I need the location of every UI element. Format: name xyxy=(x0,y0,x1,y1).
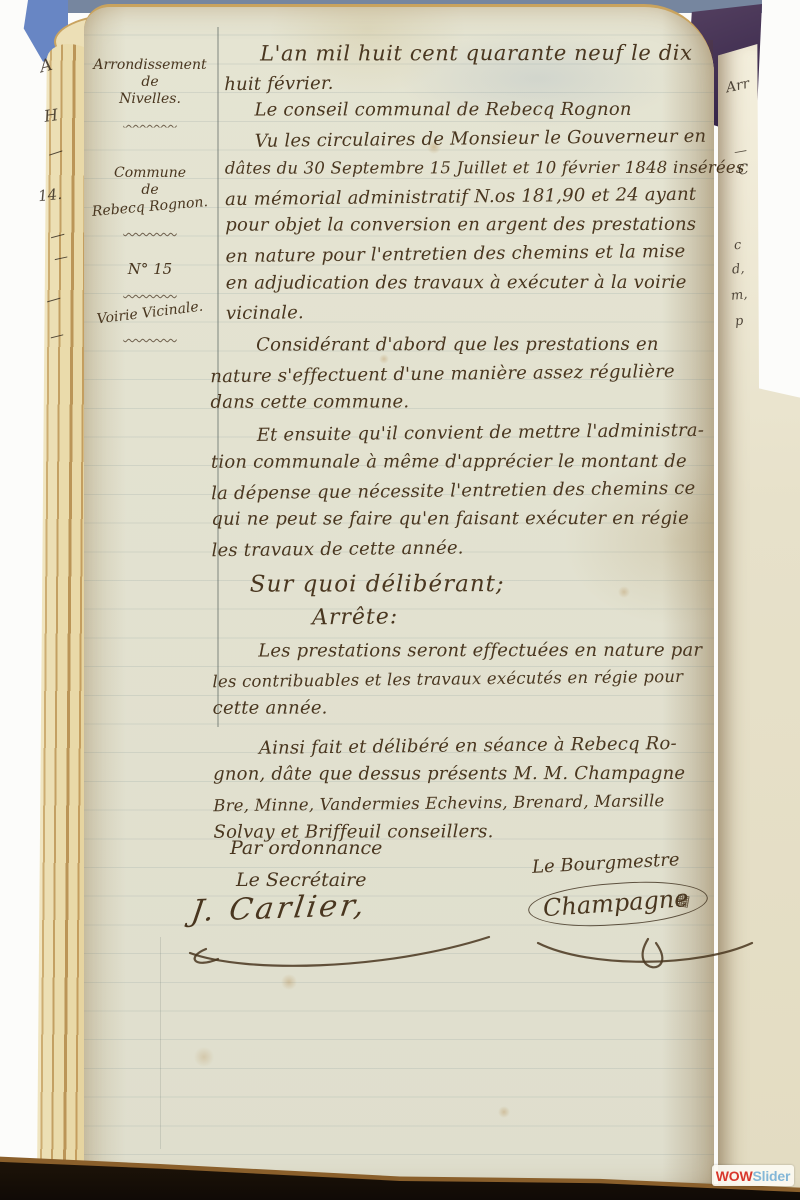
handwritten-line: nature s'effectuent d'une manière assez … xyxy=(210,357,732,392)
signature-flourish-carlier xyxy=(184,923,504,969)
watermark-wow-text: WOW xyxy=(716,1168,753,1184)
squiggle-underline xyxy=(123,219,176,236)
margin-note-line: Nivelles. xyxy=(90,91,210,108)
handwritten-line: pour objet la conversion en argent des p… xyxy=(225,211,731,241)
margin-note-block: ArrondissementdeNivelles. xyxy=(90,57,210,128)
handwritten-line: L'an mil huit cent quarante neuf le dix xyxy=(260,39,730,69)
handwritten-line: Vu les circulaires de Monsieur le Gouver… xyxy=(255,123,731,157)
squiggle-underline xyxy=(123,111,176,128)
wowslider-watermark[interactable]: WOWSlider xyxy=(712,1165,794,1186)
secretary-title: Le Secrétaire xyxy=(236,869,367,891)
ink-fragment-left-edge: H xyxy=(43,105,59,126)
signature-flourish-champagne xyxy=(530,935,770,979)
handwritten-line: dâtes du 30 Septembre 15 Juillet et 10 f… xyxy=(225,154,731,184)
handwritten-line: Ainsi fait et délibéré en séance à Rebec… xyxy=(259,729,735,763)
handwritten-line: les contribuables et les travaux exécuté… xyxy=(212,663,734,698)
margin-note-line: Arrondissement xyxy=(90,57,210,74)
margin-note-block: Voirie Vicinale. xyxy=(90,305,210,342)
deliberation-text: L'an mil huit cent quarante neuf le dixh… xyxy=(224,37,736,848)
handwritten-line: huit février. xyxy=(224,65,730,99)
handwritten-line: cette année. xyxy=(213,694,735,724)
ink-fragment-facing-page: — xyxy=(733,143,748,160)
margin-note-line: de xyxy=(90,74,210,91)
ink-fragment-facing-page: p xyxy=(734,314,744,330)
squiggle-underline xyxy=(123,281,176,298)
handwritten-line: Et ensuite qu'il convient de mettre l'ad… xyxy=(257,417,733,451)
handwritten-line: au mémorial administratif N.os 181,90 et… xyxy=(225,180,731,214)
handwritten-line: la dépense que nécessite l'entretien des… xyxy=(211,474,733,509)
handwritten-line: Le conseil communal de Rebecq Rognon xyxy=(254,96,730,126)
ink-fragment-facing-page: C xyxy=(737,161,750,178)
squiggle-underline xyxy=(123,325,176,342)
ink-fragment-left-edge: — xyxy=(52,249,69,268)
margin-note-line: N° 15 xyxy=(90,261,210,278)
watermark-slider-text: Slider xyxy=(753,1168,791,1184)
handwritten-line: dans cette commune. xyxy=(211,388,733,418)
ink-fragment-facing-page: m, xyxy=(730,287,748,304)
ink-fragment-facing-page: d, xyxy=(731,261,745,277)
handwritten-line: Sur quoi délibérant; xyxy=(250,567,734,600)
margin-note-block: CommunedeRebecq Rognon. xyxy=(90,165,210,236)
ink-fragment-left-edge: 14. xyxy=(37,185,63,205)
by-order-line: Par ordonnance xyxy=(230,837,382,859)
handwritten-line: Bre, Minne, Vandermies Echevins, Brenard… xyxy=(213,786,735,821)
register-page: ArrondissementdeNivelles. CommunedeRebec… xyxy=(84,4,714,1193)
handwritten-line: gnon, dâte que dessus présents M. M. Cha… xyxy=(213,760,735,790)
photo-of-register-book: ArrondissementdeNivelles. CommunedeRebec… xyxy=(0,0,800,1200)
handwritten-line: Arrête: xyxy=(312,597,734,633)
margin-note-block: N° 15 xyxy=(90,261,210,298)
handwritten-line: qui ne peut se faire qu'en faisant exécu… xyxy=(211,505,733,535)
margin-note-line: Commune xyxy=(90,165,210,182)
handwritten-line: vicinale. xyxy=(226,295,732,329)
handwritten-line: Les prestations seront effectuées en nat… xyxy=(258,636,734,666)
handwritten-line: Considérant d'abord que les prestations … xyxy=(256,331,732,361)
handwritten-line: tion communale à même d'apprécier le mon… xyxy=(211,448,733,478)
mayor-title: Le Bourgmestre xyxy=(532,849,680,878)
margin-rule-line-faint xyxy=(160,937,161,1149)
ink-fragment-facing-page: c xyxy=(733,238,742,254)
handwritten-line: en adjudication des travaux à exécuter à… xyxy=(226,268,732,298)
handwritten-line: en nature pour l'entretien des chemins e… xyxy=(225,237,731,271)
handwritten-line: les travaux de cette année. xyxy=(211,531,733,566)
